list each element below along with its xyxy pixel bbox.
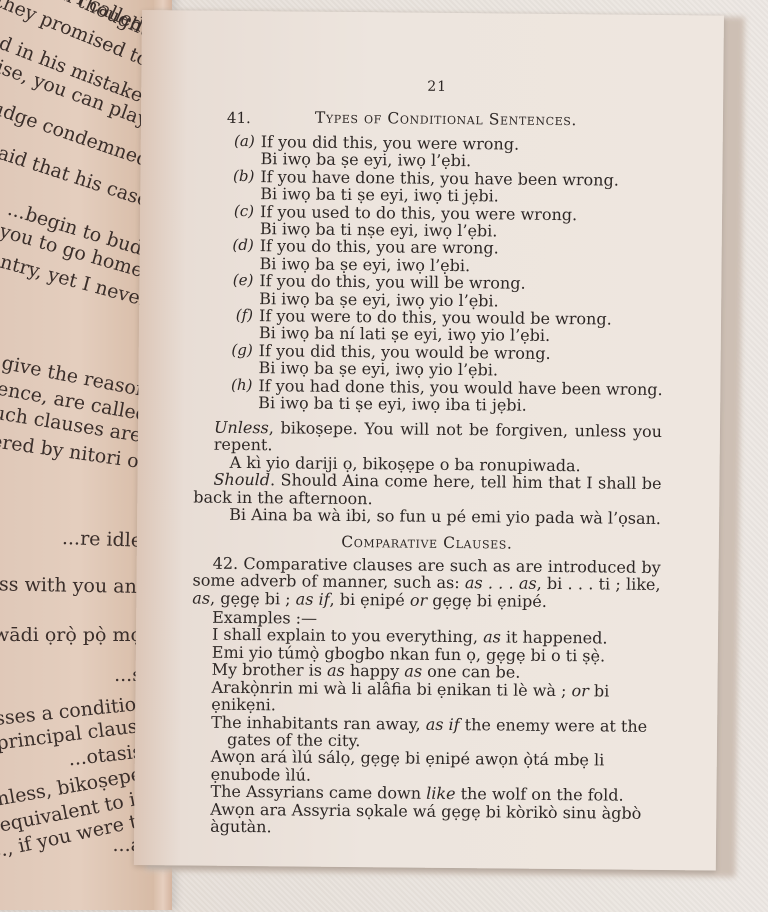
section-continuation: Unless, bikoṣepe. You will not be forgiv… bbox=[190, 419, 662, 840]
item-label: (a) bbox=[226, 133, 260, 168]
conditional-item: (f)If you were to do this, you would be … bbox=[225, 307, 705, 346]
item-label: (d) bbox=[225, 237, 259, 272]
section-42-number: 42. bbox=[213, 554, 239, 573]
item-text: If you had done this, you would have bee… bbox=[258, 377, 704, 416]
item-text: If you used to do this, you were wrong.B… bbox=[260, 203, 706, 242]
italic-term: or bbox=[572, 681, 589, 700]
conditional-item: (d)If you do this, you are wrong.Bi iwọ … bbox=[225, 237, 705, 276]
should-paragraph: Should. Should Aina come here, tell him … bbox=[193, 471, 661, 510]
conditional-item: (a)If you did this, you were wrong.Bi iw… bbox=[226, 133, 706, 172]
item-text: If you were to do this, you would be wro… bbox=[259, 307, 705, 346]
conditional-item: (c)If you used to do this, you were wron… bbox=[226, 202, 706, 241]
text-run: , gẹgẹ bi ; bbox=[210, 588, 296, 608]
text-run: gẹgẹ bi ẹnipé. bbox=[427, 590, 547, 610]
right-page: 21 41. Types of Conditional Sentences. (… bbox=[134, 10, 724, 871]
italic-term: as if bbox=[296, 589, 330, 608]
item-label: (b) bbox=[226, 168, 260, 203]
item-text: If you did this, you would be wrong.Bi i… bbox=[258, 342, 704, 381]
item-text: If you did this, you were wrong.Bi iwọ b… bbox=[260, 133, 706, 172]
section-title: Types of Conditional Sentences. bbox=[315, 110, 577, 130]
example-line: Awọn ara Assyria sọkale wá gẹgẹ bi kòrik… bbox=[190, 800, 658, 839]
item-text: If you have done this, you have been wro… bbox=[260, 168, 706, 207]
section-41: 41. Types of Conditional Sentences. (a)I… bbox=[224, 109, 707, 416]
italic-term: as bbox=[192, 588, 210, 607]
item-text: If you do this, you are wrong.Bi iwọ ba … bbox=[259, 238, 705, 277]
italic-term: like bbox=[426, 784, 456, 803]
unless-paragraph: Unless, bikoṣepe. You will not be forgiv… bbox=[194, 419, 662, 458]
example-line: Awọn ará ìlú sálọ, gẹgẹ bi ẹnipé awọn ọ̀… bbox=[191, 748, 659, 787]
italic-term: as if bbox=[426, 714, 460, 733]
item-label: (e) bbox=[225, 272, 259, 307]
example-line: Arakọ̀nrin mi wà li alâfia bi ẹnikan ti … bbox=[191, 678, 659, 717]
section-42-intro-text: Comparative clauses are such as are intr… bbox=[192, 554, 660, 611]
examples-list: I shall explain to you everything, as it… bbox=[190, 626, 660, 839]
italic-term: or bbox=[410, 590, 427, 609]
conditional-list: (a)If you did this, you were wrong.Bi iw… bbox=[224, 133, 707, 416]
item-label: (h) bbox=[224, 376, 258, 411]
item-label: (g) bbox=[224, 342, 258, 377]
should-yoruba: Bi Aina ba wà ibi, so fun u pé emi yio p… bbox=[193, 506, 661, 528]
left-page-line: ...discuss with you any bbox=[0, 572, 148, 598]
item-label: (f) bbox=[225, 307, 259, 342]
item-text: If you do this, you will be wrong.Bi iwọ… bbox=[259, 272, 705, 311]
unless-text: , bikoṣepe. You will not be forgiven, un… bbox=[214, 418, 662, 454]
conditional-item: (b)If you have done this, you have been … bbox=[226, 168, 706, 207]
section-number: 41. bbox=[227, 109, 251, 127]
conditional-item: (e)If you do this, you will be wrong.Bi … bbox=[225, 272, 705, 311]
text-run: the enemy were at the bbox=[460, 715, 648, 736]
italic-term: as bbox=[404, 662, 422, 681]
item-label: (c) bbox=[226, 202, 260, 237]
comparative-clauses-heading: Comparative Clauses. bbox=[193, 533, 661, 555]
conditional-item: (g)If you did this, you would be wrong.B… bbox=[224, 342, 704, 381]
italic-term: as bbox=[327, 661, 345, 680]
page-number: 21 bbox=[427, 79, 447, 97]
text-run: , bi . . . ti ; like, bbox=[537, 574, 661, 594]
section-42-intro: 42. Comparative clauses are such as are … bbox=[192, 554, 660, 611]
text-run: , bi ẹnipé bbox=[329, 589, 409, 609]
left-page-line: ...re idle. bbox=[62, 527, 149, 552]
conditional-item: (h)If you had done this, you would have … bbox=[224, 376, 704, 415]
text-run: Awọn ara Assyria sọkale wá gẹgẹ bi kòrik… bbox=[210, 799, 641, 836]
text-run: Awọn ará ìlú sálọ, gẹgẹ bi ẹnipé awọn ọ̀… bbox=[211, 747, 605, 784]
left-page-line: ...ba ọ wādi ọrọ̀ pọ̀ mọ́. bbox=[0, 624, 148, 646]
italic-term: as bbox=[483, 628, 501, 647]
